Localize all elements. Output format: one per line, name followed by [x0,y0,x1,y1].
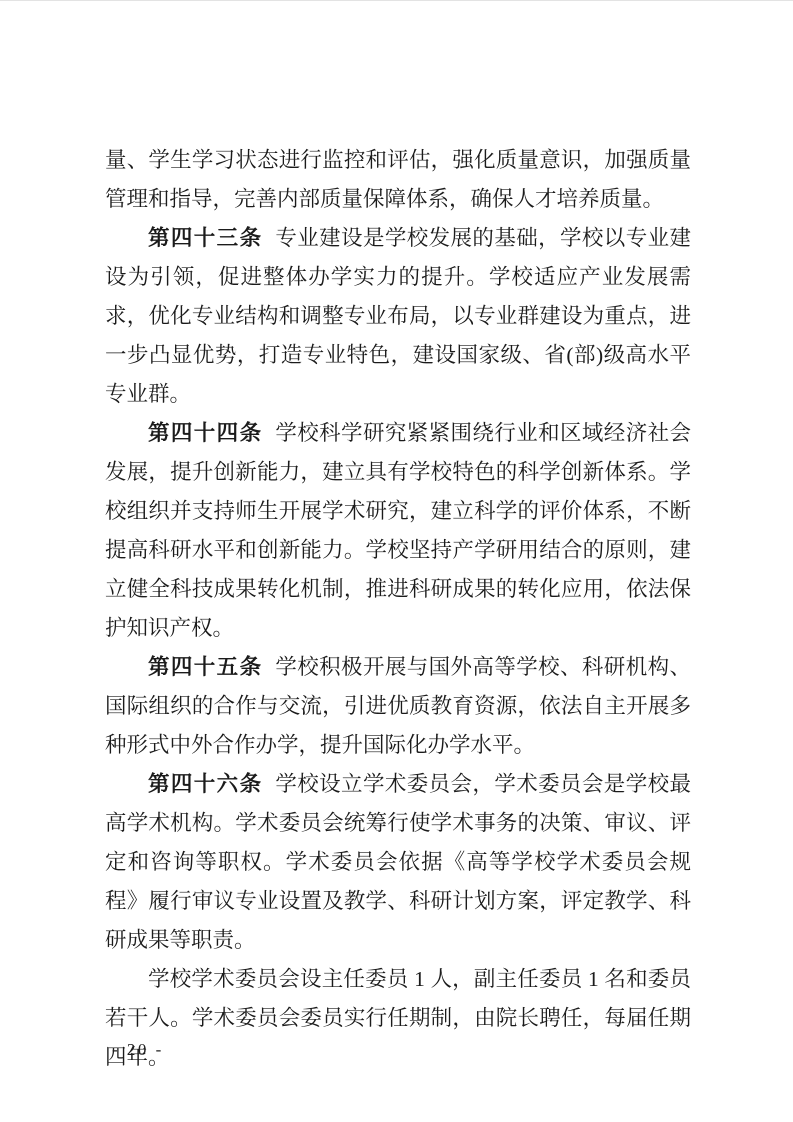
paragraph-article-43: 第四十三条专业建设是学校发展的基础，学校以专业建设为引领，促进整体办学实力的提升… [105,219,691,414]
paragraph-academic-committee-members: 学校学术委员会设主任委员 1 人，副主任委员 1 名和委员若干人。学术委员会委员… [105,960,691,1077]
article-44-number: 第四十四条 [148,421,262,445]
paragraph-text: 学校设立学术委员会，学术委员会是学校最高学术机构。学术委员会统筹行使学术事务的决… [105,772,691,952]
article-45-number: 第四十五条 [148,655,262,679]
paragraph-text: 专业建设是学校发展的基础，学校以专业建设为引领，促进整体办学实力的提升。学校适应… [105,226,691,406]
paragraph-article-45: 第四十五条学校积极开展与国外高等学校、科研机构、国际组织的合作与交流，引进优质教… [105,648,691,765]
page-top-edge [0,0,793,1]
paragraph-article-46: 第四十六条学校设立学术委员会，学术委员会是学校最高学术机构。学术委员会统筹行使学… [105,765,691,960]
article-46-number: 第四十六条 [148,772,262,796]
document-body: 量、学生学习状态进行监控和评估，强化质量意识，加强质量管理和指导，完善内部质量保… [105,141,691,1077]
paragraph-quality-assurance: 量、学生学习状态进行监控和评估，强化质量意识，加强质量管理和指导，完善内部质量保… [105,141,691,219]
paragraph-text: 学校学术委员会设主任委员 1 人，副主任委员 1 名和委员若干人。学术委员会委员… [105,967,691,1069]
page-number: - 20 - [112,1039,164,1061]
paragraph-text: 量、学生学习状态进行监控和评估，强化质量意识，加强质量管理和指导，完善内部质量保… [105,148,691,211]
paragraph-text: 学校科学研究紧紧围绕行业和区域经济社会发展，提升创新能力，建立具有学校特色的科学… [105,421,691,640]
paragraph-article-44: 第四十四条学校科学研究紧紧围绕行业和区域经济社会发展，提升创新能力，建立具有学校… [105,414,691,648]
article-43-number: 第四十三条 [148,226,262,250]
